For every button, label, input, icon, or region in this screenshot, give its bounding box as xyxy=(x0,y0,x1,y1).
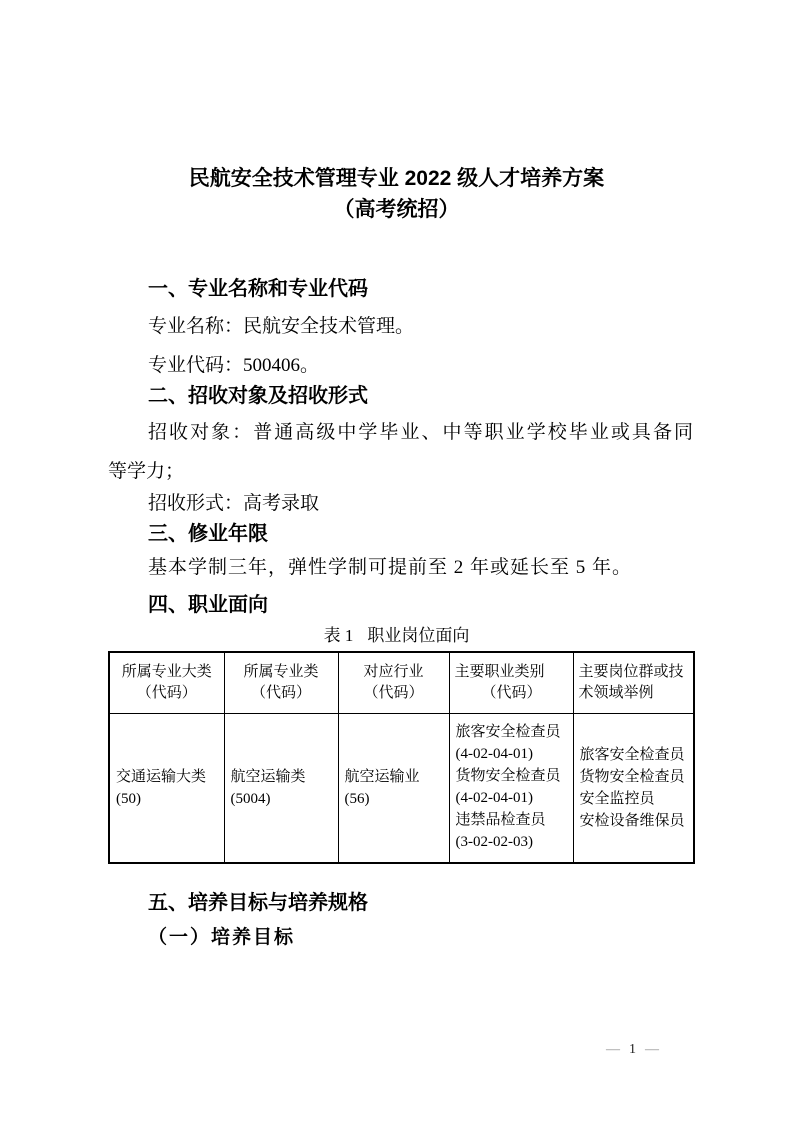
para-admission-target: 招收对象：普通高级中学毕业、中等职业学校毕业或具备同 等学力； xyxy=(108,413,693,491)
career-table: 所属专业大类 （代码） 所属专业类 （代码） 对应行业 （代码） 主要职业类别 xyxy=(108,651,695,864)
para-admission-form: 招收形式：高考录取 xyxy=(148,488,319,515)
cell-occupation-3-code: (3-02-02-03) xyxy=(456,831,571,853)
cell-major-category-name: 交通运输大类 xyxy=(116,766,222,788)
cell-industry: 航空运输业 (56) xyxy=(338,713,449,863)
section-heading-2: 二、招收对象及招收形式 xyxy=(148,379,368,408)
cell-positions: 旅客安全检查员 货物安全检查员 安全监控员 安检设备维保员 xyxy=(573,713,694,863)
cell-position-2: 货物安全检查员 xyxy=(580,766,692,788)
document-page: 民航安全技术管理专业 2022 级人才培养方案 （高考统招） 一、专业名称和专业… xyxy=(0,0,793,1122)
header-industry-line1: 对应行业 xyxy=(339,662,449,683)
page-number-dash-left: — xyxy=(606,1042,620,1057)
table-caption-title: 职业岗位面向 xyxy=(367,626,469,645)
cell-occupation-3: 违禁品检查员 xyxy=(456,809,571,831)
page-number-value: 1 xyxy=(629,1042,636,1057)
career-table-body-row: 交通运输大类 (50) 航空运输类 (5004) 航空运输业 (56) 旅客安全… xyxy=(109,713,694,863)
subsection-training-goal: （一）培养目标 xyxy=(148,922,295,949)
cell-industry-name: 航空运输业 xyxy=(345,766,447,788)
document-title-line1: 民航安全技术管理专业 2022 级人才培养方案 xyxy=(0,163,793,194)
cell-major-category-code: (50) xyxy=(116,788,222,810)
header-occupation-category-line1: 主要职业类别 xyxy=(455,662,569,683)
cell-industry-code: (56) xyxy=(345,788,447,810)
table-caption-label: 表 1 xyxy=(324,626,354,645)
cell-major-category: 交通运输大类 (50) xyxy=(109,713,224,863)
page-number-dash-right: — xyxy=(645,1042,659,1057)
section-heading-1: 一、专业名称和专业代码 xyxy=(148,272,368,301)
cell-major-class: 航空运输类 (5004) xyxy=(224,713,338,863)
header-major-category: 所属专业大类 （代码） xyxy=(109,652,224,713)
cell-occupation-1-code: (4-02-04-01) xyxy=(456,743,571,765)
cell-occupation-1: 旅客安全检查员 xyxy=(456,721,571,743)
cell-position-4: 安检设备维保员 xyxy=(580,810,692,832)
header-position-examples: 主要岗位群或技术领域举例 xyxy=(573,652,694,713)
cell-position-1: 旅客安全检查员 xyxy=(580,744,692,766)
header-major-category-line1: 所属专业大类 xyxy=(110,662,224,683)
cell-occupations: 旅客安全检查员 (4-02-04-01) 货物安全检查员 (4-02-04-01… xyxy=(449,713,573,863)
para-major-code: 专业代码：500406。 xyxy=(148,350,319,377)
para-schooling-years: 基本学制三年，弹性学制可提前至 2 年或延长至 5 年。 xyxy=(148,552,632,579)
document-title: 民航安全技术管理专业 2022 级人才培养方案 （高考统招） xyxy=(0,163,793,225)
section-heading-3: 三、修业年限 xyxy=(148,517,268,546)
header-occupation-category: 主要职业类别 （代码） xyxy=(449,652,573,713)
cell-position-3: 安全监控员 xyxy=(580,788,692,810)
header-industry-line2: （代码） xyxy=(339,683,449,704)
cell-major-class-code: (5004) xyxy=(231,788,336,810)
header-position-examples-text: 主要岗位群或技术领域举例 xyxy=(574,662,694,704)
document-title-line2: （高考统招） xyxy=(0,194,793,225)
cell-occupation-2-code: (4-02-04-01) xyxy=(456,787,571,809)
header-major-class-line2: （代码） xyxy=(225,683,338,704)
para-major-name: 专业名称：民航安全技术管理。 xyxy=(148,311,414,338)
header-industry: 对应行业 （代码） xyxy=(338,652,449,713)
header-major-category-line2: （代码） xyxy=(110,683,224,704)
page-number: —1— xyxy=(606,1042,659,1058)
cell-major-class-name: 航空运输类 xyxy=(231,766,336,788)
header-major-class: 所属专业类 （代码） xyxy=(224,652,338,713)
career-table-header-row: 所属专业大类 （代码） 所属专业类 （代码） 对应行业 （代码） 主要职业类别 xyxy=(109,652,694,713)
header-major-class-line1: 所属专业类 xyxy=(225,662,338,683)
cell-occupation-2: 货物安全检查员 xyxy=(456,765,571,787)
section-heading-4: 四、职业面向 xyxy=(148,588,268,617)
header-occupation-category-line2: （代码） xyxy=(455,683,569,704)
para-admission-target-line2: 等学力； xyxy=(108,452,693,491)
table-caption: 表 1职业岗位面向 xyxy=(0,621,793,646)
section-heading-5: 五、培养目标与培养规格 xyxy=(148,886,368,915)
para-admission-target-line1: 招收对象：普通高级中学毕业、中等职业学校毕业或具备同 xyxy=(148,413,693,452)
